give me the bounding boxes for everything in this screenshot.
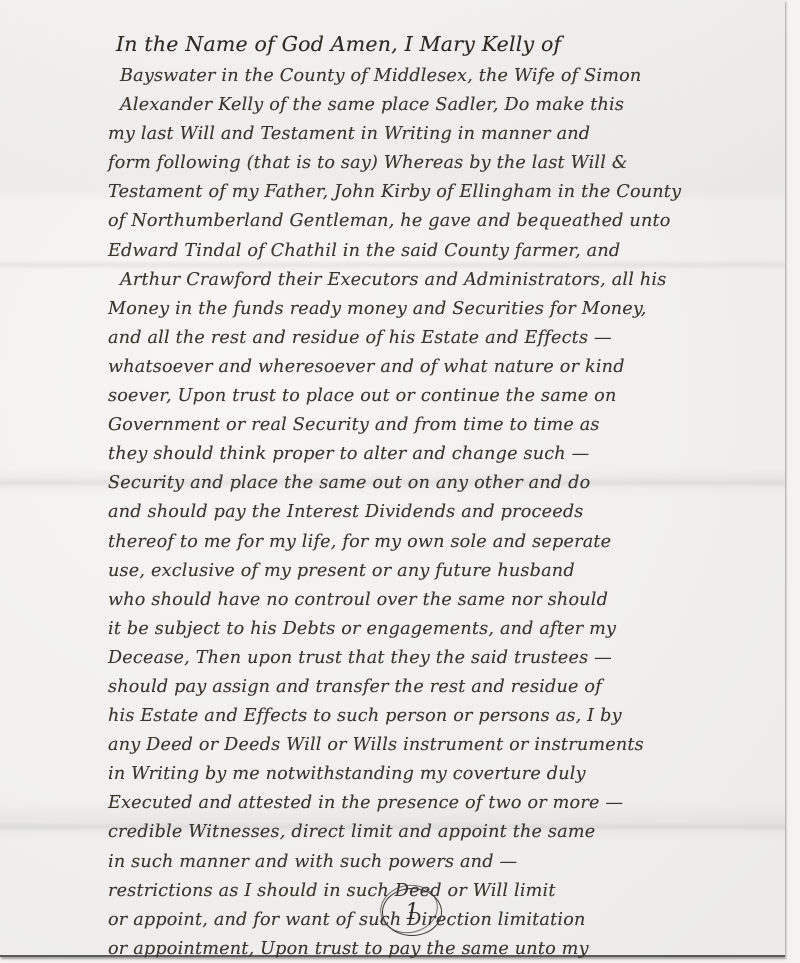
text-line: of Northumberland Gentleman, he gave and…	[108, 207, 780, 236]
text-line: form following (that is to say) Whereas …	[108, 149, 780, 178]
text-line: and should pay the Interest Dividends an…	[108, 498, 780, 527]
text-line: Security and place the same out on any o…	[108, 469, 780, 498]
circled-page-number: 1	[382, 888, 442, 936]
text-line: who should have no controul over the sam…	[108, 586, 780, 615]
text-line: my last Will and Testament in Writing in…	[108, 120, 780, 149]
text-line: use, exclusive of my present or any futu…	[108, 557, 780, 586]
text-line: soever, Upon trust to place out or conti…	[108, 382, 780, 411]
text-line: whatsoever and wheresoever and of what n…	[108, 353, 780, 382]
text-line: In the Name of God Amen, I Mary Kelly of	[108, 26, 780, 62]
text-line: in Writing by me notwithstanding my cove…	[108, 760, 780, 789]
text-line: restrictions as I should in such Deed or…	[108, 877, 780, 906]
text-line: it be subject to his Debts or engagement…	[108, 615, 780, 644]
text-line: Decease, Then upon trust that they the s…	[108, 644, 780, 673]
text-line: Edward Tindal of Chathil in the said Cou…	[108, 237, 780, 266]
text-line: Money in the funds ready money and Secur…	[108, 295, 780, 324]
text-line: Testament of my Father, John Kirby of El…	[108, 178, 780, 207]
text-line: they should think proper to alter and ch…	[108, 440, 780, 469]
text-line: Alexander Kelly of the same place Sadler…	[108, 91, 780, 120]
text-line: should pay assign and transfer the rest …	[108, 673, 780, 702]
text-line: any Deed or Deeds Will or Wills instrume…	[108, 731, 780, 760]
document-page: In the Name of God Amen, I Mary Kelly of…	[0, 0, 785, 957]
text-line: Bayswater in the County of Middlesex, th…	[108, 62, 780, 91]
text-line: credible Witnesses, direct limit and app…	[108, 818, 780, 847]
text-line: thereof to me for my life, for my own so…	[108, 528, 780, 557]
text-line: and all the rest and residue of his Esta…	[108, 324, 780, 353]
text-line: his Estate and Effects to such person or…	[108, 702, 780, 731]
text-line: Government or real Security and from tim…	[108, 411, 780, 440]
text-line: or appoint, and for want of such Directi…	[108, 906, 780, 935]
handwritten-text: In the Name of God Amen, I Mary Kelly of…	[108, 26, 780, 963]
text-line: or appointment, Upon trust to pay the sa…	[108, 935, 780, 963]
text-line: in such manner and with such powers and …	[108, 848, 780, 877]
text-line: Executed and attested in the presence of…	[108, 789, 780, 818]
text-line: Arthur Crawford their Executors and Admi…	[108, 266, 780, 295]
